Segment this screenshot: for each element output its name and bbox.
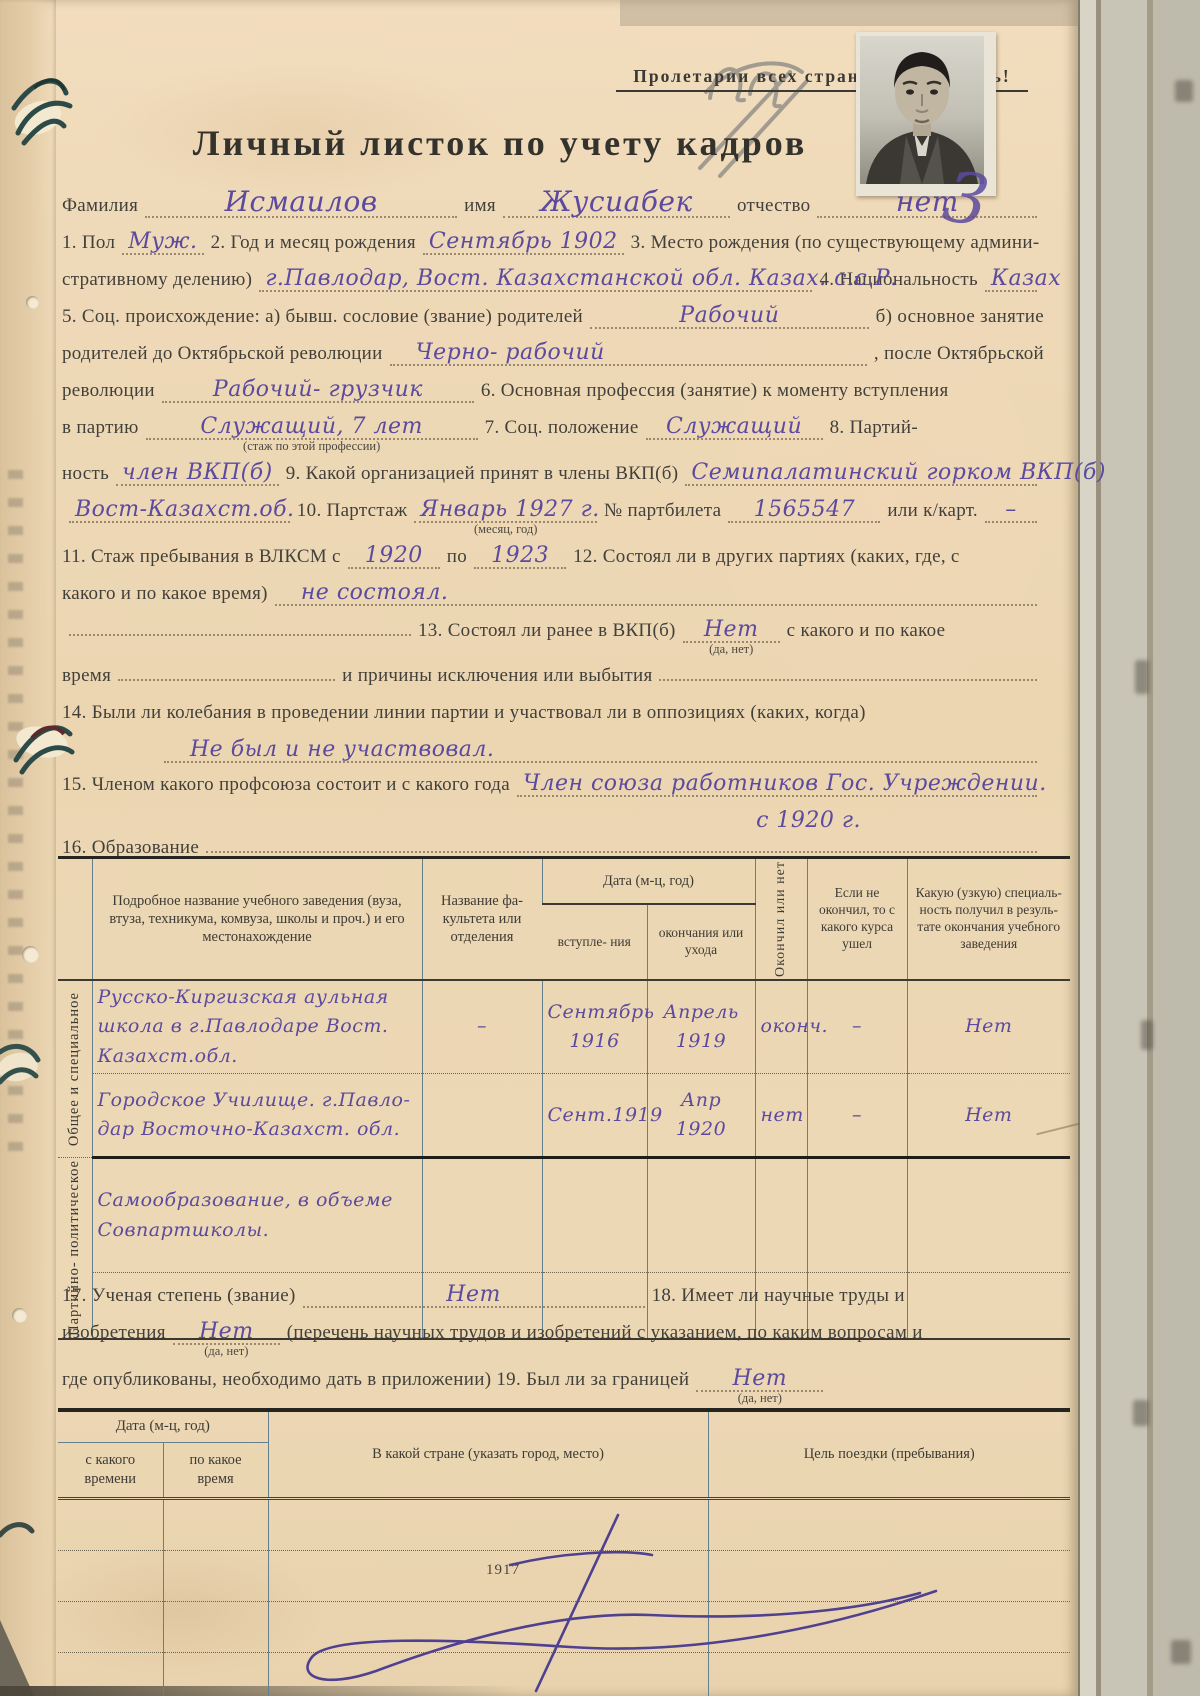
- empty-cell: [708, 1602, 1070, 1653]
- empty-cell: [163, 1499, 268, 1551]
- column-header: Дата (м-ц, год): [542, 858, 755, 905]
- handwritten-entry: с 1920 г.: [756, 808, 861, 833]
- table-cell: Нет: [907, 980, 1070, 1074]
- handwritten-entry: –: [852, 1104, 862, 1126]
- printed-label: (перечень научных трудов и изобретений с…: [287, 1322, 923, 1344]
- underlying-pages-edge: [1075, 0, 1200, 1696]
- column-header: В какой стране (указать город, место): [268, 1410, 708, 1499]
- table-cell: –: [422, 980, 542, 1074]
- printed-label: отчество: [737, 195, 811, 217]
- field-caption: (да, нет): [204, 1344, 248, 1359]
- table-cell: [807, 1158, 907, 1273]
- table-row: [58, 1551, 1070, 1602]
- abroad-table-header: Дата (м-ц, год)В какой стране (указать г…: [58, 1410, 1070, 1499]
- education-table-header: Подробное название учебного заведения (в…: [58, 858, 1070, 981]
- form-line: 15. Членом какого профсоюза состоит и с …: [62, 773, 1044, 810]
- table-cell: [542, 1158, 647, 1273]
- table-cell: Русско-Киргизская аульная школа в г.Павл…: [92, 980, 422, 1074]
- table-row: [58, 1653, 1070, 1696]
- form-line: где опубликованы, необходимо дать в прил…: [62, 1368, 1044, 1405]
- empty-cell: [268, 1653, 708, 1696]
- printed-label: по: [447, 546, 467, 568]
- field-slot: Рабочий- грузчик: [162, 379, 474, 403]
- printed-label: 13. Состоял ли ранее в ВКП(б): [418, 620, 676, 642]
- handwritten-entry: Рабочий: [679, 303, 779, 328]
- binding-thread-icon: [0, 1012, 60, 1122]
- empty-cell: [58, 1602, 163, 1653]
- handwritten-entry: Черно- рабочий: [416, 340, 605, 365]
- printed-label: имя: [464, 195, 496, 217]
- form-line: Вост-Казахст.об.10. ПартстажЯнварь 1927 …: [62, 499, 1044, 536]
- field-slot: 1920: [348, 545, 440, 569]
- form-line: 14. Были ли колебания в проведении линии…: [62, 702, 1044, 739]
- field-slot: Служащий: [646, 416, 823, 440]
- field-slot: член ВКП(б): [116, 462, 279, 486]
- handwritten-entry: не состоял.: [301, 580, 449, 605]
- printed-label: ность: [62, 463, 109, 485]
- field-slot: Муж.: [122, 231, 203, 255]
- handwritten-entry: член ВКП(б): [122, 460, 273, 485]
- form-line: ФамилияИсмаиловимяЖусиабекотчествонет: [62, 188, 1044, 225]
- empty-cell: [58, 1551, 163, 1602]
- printed-label: 8. Партий-: [830, 417, 918, 439]
- empty-cell: [163, 1653, 268, 1696]
- table-cell: Сентябрь 1916: [542, 980, 647, 1074]
- field-slot: Служащий, 7 лет(стаж по этой профессии): [146, 416, 478, 440]
- field-caption: (да, нет): [709, 642, 753, 657]
- handwritten-entry: Сентябрь 1916: [548, 1001, 655, 1052]
- header-row: Дата (м-ц, год)В какой стране (указать г…: [58, 1410, 1070, 1443]
- handwritten-entry: Самообразование, в объеме Совпартшколы.: [98, 1189, 393, 1240]
- printed-label: 5. Соц. происхождение: а) бывш. сословие…: [62, 306, 583, 328]
- printed-label: с какого и по какое: [787, 620, 946, 642]
- column-header: Подробное название учебного заведения (в…: [92, 858, 422, 981]
- empty-cell: [708, 1551, 1070, 1602]
- field-slot: [69, 634, 411, 636]
- printed-label: родителей до Октябрьской революции: [62, 343, 383, 365]
- column-header: Если не окончил, то с какого курса ушел: [807, 858, 907, 981]
- table-cell: Апрель 1919: [647, 980, 755, 1074]
- table-cell: [422, 1074, 542, 1158]
- field-slot: Нет: [303, 1284, 645, 1308]
- field-slot: [206, 851, 1037, 853]
- handwritten-entry: Жусиабек: [540, 185, 693, 218]
- empty-cell: [58, 1499, 163, 1551]
- form-line: 11. Стаж пребывания в ВЛКСМ с1920по19231…: [62, 545, 1044, 582]
- printed-label: 3. Место рождения (по существующему адми…: [631, 232, 1040, 254]
- table-cell: [422, 1158, 542, 1273]
- table-cell: Апр 1920: [647, 1074, 755, 1158]
- column-header: Дата (м-ц, год): [58, 1410, 268, 1443]
- handwritten-entry: Апрель 1919: [663, 1001, 738, 1052]
- handwritten-entry: 1920: [365, 543, 423, 568]
- table-row: Общее и специальноеРусско-Киргизская аул…: [58, 980, 1070, 1074]
- column-header: по какое время: [163, 1443, 268, 1499]
- form-fields: ФамилияИсмаиловимяЖусиабекотчествонет1. …: [62, 188, 1044, 869]
- document-sheet: Пролетарии всех стран, соединяйтесь! Лич…: [0, 0, 1078, 1696]
- handwritten-entry: –: [477, 1015, 487, 1037]
- field-slot: г.Павлодар, Вост. Казахстанской обл. Каз…: [259, 268, 812, 292]
- header-row: Подробное название учебного заведения (в…: [58, 858, 1070, 905]
- handwritten-entry: Казах: [991, 266, 1061, 291]
- printed-label: 11. Стаж пребывания в ВЛКСМ с: [62, 546, 341, 568]
- printed-label: № партбилета: [604, 500, 721, 522]
- field-caption: (месяц, год): [474, 522, 537, 537]
- printed-label: Фамилия: [62, 195, 138, 217]
- table-cell: Нет: [907, 1074, 1070, 1158]
- printed-label: революции: [62, 380, 155, 402]
- table-row: [58, 1602, 1070, 1653]
- field-slot: Нет(да, нет): [683, 619, 780, 643]
- handwritten-entry: 1565547: [754, 497, 855, 522]
- field-slot: Член союза работников Гос. Учреждении.: [517, 773, 1037, 797]
- form-print-number: 1917: [486, 1562, 520, 1579]
- field-slot: Семипалатинский горком ВКП(б): [685, 462, 1037, 486]
- field-slot: нет: [817, 188, 1037, 218]
- field-slot: не состоял.: [275, 582, 1037, 606]
- table-row: Партийно- политическоеСамообразование, в…: [58, 1158, 1070, 1273]
- education-table: Подробное название учебного заведения (в…: [58, 856, 1070, 1340]
- field-slot: [659, 679, 1037, 681]
- table-cell: Городское Училище. г.Павло- дар Восточно…: [92, 1074, 422, 1158]
- table-cell: [755, 1158, 807, 1273]
- column-header: Окончил или нет: [755, 858, 807, 981]
- form-line: 13. Состоял ли ранее в ВКП(б)Нет(да, нет…: [62, 619, 1044, 656]
- handwritten-entry: Городское Училище. г.Павло- дар Восточно…: [98, 1089, 411, 1140]
- printed-label: где опубликованы, необходимо дать в прил…: [62, 1369, 689, 1391]
- handwritten-entry: Рабочий- грузчик: [213, 377, 423, 402]
- printed-label: 6. Основная профессия (занятие) к момент…: [481, 380, 949, 402]
- table-cell: [907, 1158, 1070, 1273]
- printed-label: стративному делению): [62, 269, 252, 291]
- printed-label: 15. Членом какого профсоюза состоит и с …: [62, 774, 510, 796]
- printed-label: 2. Год и месяц рождения: [211, 232, 416, 254]
- form-line: времяи причины исключения или выбытия: [62, 665, 1044, 702]
- handwritten-entry: 1923: [491, 543, 549, 568]
- field-caption: (да, нет): [738, 1391, 782, 1406]
- field-slot: Не был и не участвовал.: [164, 739, 1037, 763]
- column-header-vertical: Окончил или нет: [772, 861, 790, 977]
- printed-label: или к/карт.: [887, 500, 978, 522]
- field-slot: Черно- рабочий: [390, 342, 867, 366]
- handwritten-entry: Нет: [965, 1015, 1012, 1037]
- table-row: [58, 1499, 1070, 1551]
- empty-cell: [708, 1499, 1070, 1551]
- handwritten-entry: оконч.: [761, 1015, 829, 1037]
- scanned-document: { "colors":{"ink":"#5c4a9e","paper":"#ee…: [0, 0, 1200, 1696]
- printed-label: 14. Были ли колебания в проведении линии…: [62, 702, 866, 724]
- science-questions: 17. Ученая степень (звание)Нет18. Имеет …: [62, 1284, 1044, 1405]
- table-cell: [647, 1158, 755, 1273]
- column-header: Какую (узкую) специаль- ность получил в …: [907, 858, 1070, 981]
- printed-label: б) основное занятие: [876, 306, 1044, 328]
- printed-label: 18. Имеет ли научные труды и: [652, 1285, 905, 1307]
- top-edge-shadow: [620, 0, 1078, 26]
- handwritten-entry: Нет: [704, 617, 759, 642]
- table-row: Городское Училище. г.Павло- дар Восточно…: [58, 1074, 1070, 1158]
- handwritten-entry: Служащий, 7 лет: [200, 414, 422, 439]
- table-cell: –: [807, 1074, 907, 1158]
- column-header: Название фа- культета или отделения: [422, 858, 542, 981]
- printed-label: 1. Пол: [62, 232, 115, 254]
- handwritten-entry: Не был и не участвовал.: [190, 737, 494, 762]
- form-line: 17. Ученая степень (звание)Нет18. Имеет …: [62, 1284, 1044, 1321]
- printed-label: 12. Состоял ли в других партиях (каких, …: [573, 546, 960, 568]
- handwritten-entry: Январь 1927 г.: [420, 497, 599, 522]
- empty-cell: [708, 1653, 1070, 1696]
- binding-thread-icon: [0, 1505, 40, 1555]
- printed-label: время: [62, 665, 111, 687]
- form-line: стративному делению)г.Павлодар, Вост. Ка…: [62, 268, 1044, 305]
- field-slot: Вост-Казахст.об.: [69, 499, 290, 523]
- field-slot: 1565547: [728, 499, 880, 523]
- field-slot: Нет(да, нет): [173, 1321, 280, 1345]
- handwritten-entry: нет: [761, 1104, 804, 1126]
- table-cell: оконч.: [755, 980, 807, 1074]
- field-slot: Нет(да, нет): [696, 1368, 823, 1392]
- field-slot: Рабочий: [590, 305, 869, 329]
- handwritten-entry: Вост-Казахст.об.: [75, 497, 295, 522]
- empty-cell: [163, 1602, 268, 1653]
- printed-label: 10. Партстаж: [297, 500, 408, 522]
- handwritten-entry: Нет: [199, 1319, 254, 1344]
- field-slot: с 1920 г.: [750, 810, 867, 832]
- field-slot: 1923: [474, 545, 566, 569]
- printed-label: изобретения: [62, 1322, 166, 1344]
- column-header: с какого времени: [58, 1443, 163, 1499]
- handwritten-entry: Нет: [733, 1366, 788, 1391]
- field-slot: –: [985, 499, 1037, 523]
- handwritten-entry: Семипалатинский горком ВКП(б): [691, 460, 1106, 485]
- form-line: Не был и не участвовал.: [62, 739, 1044, 773]
- handwritten-entry: г.Павлодар, Вост. Казахстанской обл. Каз…: [265, 266, 897, 291]
- handwritten-entry: Муж.: [128, 229, 197, 254]
- handwritten-entry: –: [852, 1015, 862, 1037]
- form-line: 1. ПолМуж.2. Год и месяц рожденияСентябр…: [62, 231, 1044, 268]
- field-caption: (стаж по этой профессии): [243, 439, 380, 454]
- form-line: с 1920 г.: [62, 810, 1044, 837]
- printed-label: в партию: [62, 417, 139, 439]
- form-line: ностьчлен ВКП(б)9. Какой организацией пр…: [62, 462, 1044, 499]
- printed-label: 9. Какой организацией принят в члены ВКП…: [286, 463, 679, 485]
- education-group-label-text: Общее и специальное: [66, 992, 83, 1146]
- form-line: революцииРабочий- грузчик6. Основная про…: [62, 379, 1044, 416]
- form-line: 5. Соц. происхождение: а) бывш. сословие…: [62, 305, 1044, 342]
- handwritten-entry: Служащий: [666, 414, 802, 439]
- empty-cell: [268, 1499, 708, 1551]
- handwritten-entry: Сентябрь 1902: [429, 229, 618, 254]
- column-header: окончания или ухода: [647, 904, 755, 980]
- handwritten-entry: –: [1005, 497, 1017, 522]
- abroad-table-body: [58, 1499, 1070, 1696]
- form-line: изобретенияНет(да, нет)(перечень научных…: [62, 1321, 1044, 1358]
- form-line: в партиюСлужащий, 7 лет(стаж по этой про…: [62, 416, 1044, 453]
- form-line: какого и по какое время)не состоял.: [62, 582, 1044, 619]
- torn-corner: [0, 1620, 34, 1696]
- column-header: вступле- ния: [542, 904, 647, 980]
- field-slot: Казах: [985, 268, 1037, 292]
- printed-label: и причины исключения или выбытия: [342, 665, 652, 687]
- form-line: родителей до Октябрьской революцииЧерно-…: [62, 342, 1044, 379]
- field-slot: Исмаилов: [145, 188, 457, 218]
- table-cell: нет: [755, 1074, 807, 1158]
- field-slot: [118, 679, 335, 681]
- table-cell: Сент.1919: [542, 1074, 647, 1158]
- handwritten-entry: Член союза работников Гос. Учреждении.: [523, 771, 1047, 796]
- education-group-label: Общее и специальное: [58, 980, 92, 1158]
- abroad-table: Дата (м-ц, год)В какой стране (указать г…: [58, 1408, 1070, 1696]
- empty-cell: [268, 1602, 708, 1653]
- handwritten-entry: Русско-Киргизская аульная школа в г.Павл…: [98, 986, 389, 1067]
- binding-thread-icon: [4, 48, 84, 178]
- handwritten-entry: Нет: [965, 1104, 1012, 1126]
- page-title: Личный листок по учету кадров: [120, 122, 880, 164]
- empty-cell: [163, 1551, 268, 1602]
- field-slot: Январь 1927 г.(месяц, год): [414, 499, 597, 523]
- printed-label: 17. Ученая степень (звание): [62, 1285, 296, 1307]
- printed-label: 7. Соц. положение: [485, 417, 639, 439]
- table-cell: Самообразование, в объеме Совпартшколы.: [92, 1158, 422, 1273]
- empty-cell: [58, 1653, 163, 1696]
- field-slot: Жусиабек: [503, 188, 730, 218]
- group-column-header: [58, 858, 92, 981]
- column-header: Цель поездки (пребывания): [708, 1410, 1070, 1499]
- handwritten-entry: Сент.1919: [548, 1104, 663, 1126]
- handwritten-entry: Апр 1920: [676, 1089, 726, 1140]
- handwritten-entry: нет: [896, 185, 959, 218]
- handwritten-entry: Исмаилов: [225, 185, 378, 218]
- handwritten-entry: Нет: [446, 1282, 501, 1307]
- printed-label: какого и по какое время): [62, 583, 268, 605]
- field-slot: Сентябрь 1902: [423, 231, 624, 255]
- printed-label: , после Октябрьской: [874, 343, 1044, 365]
